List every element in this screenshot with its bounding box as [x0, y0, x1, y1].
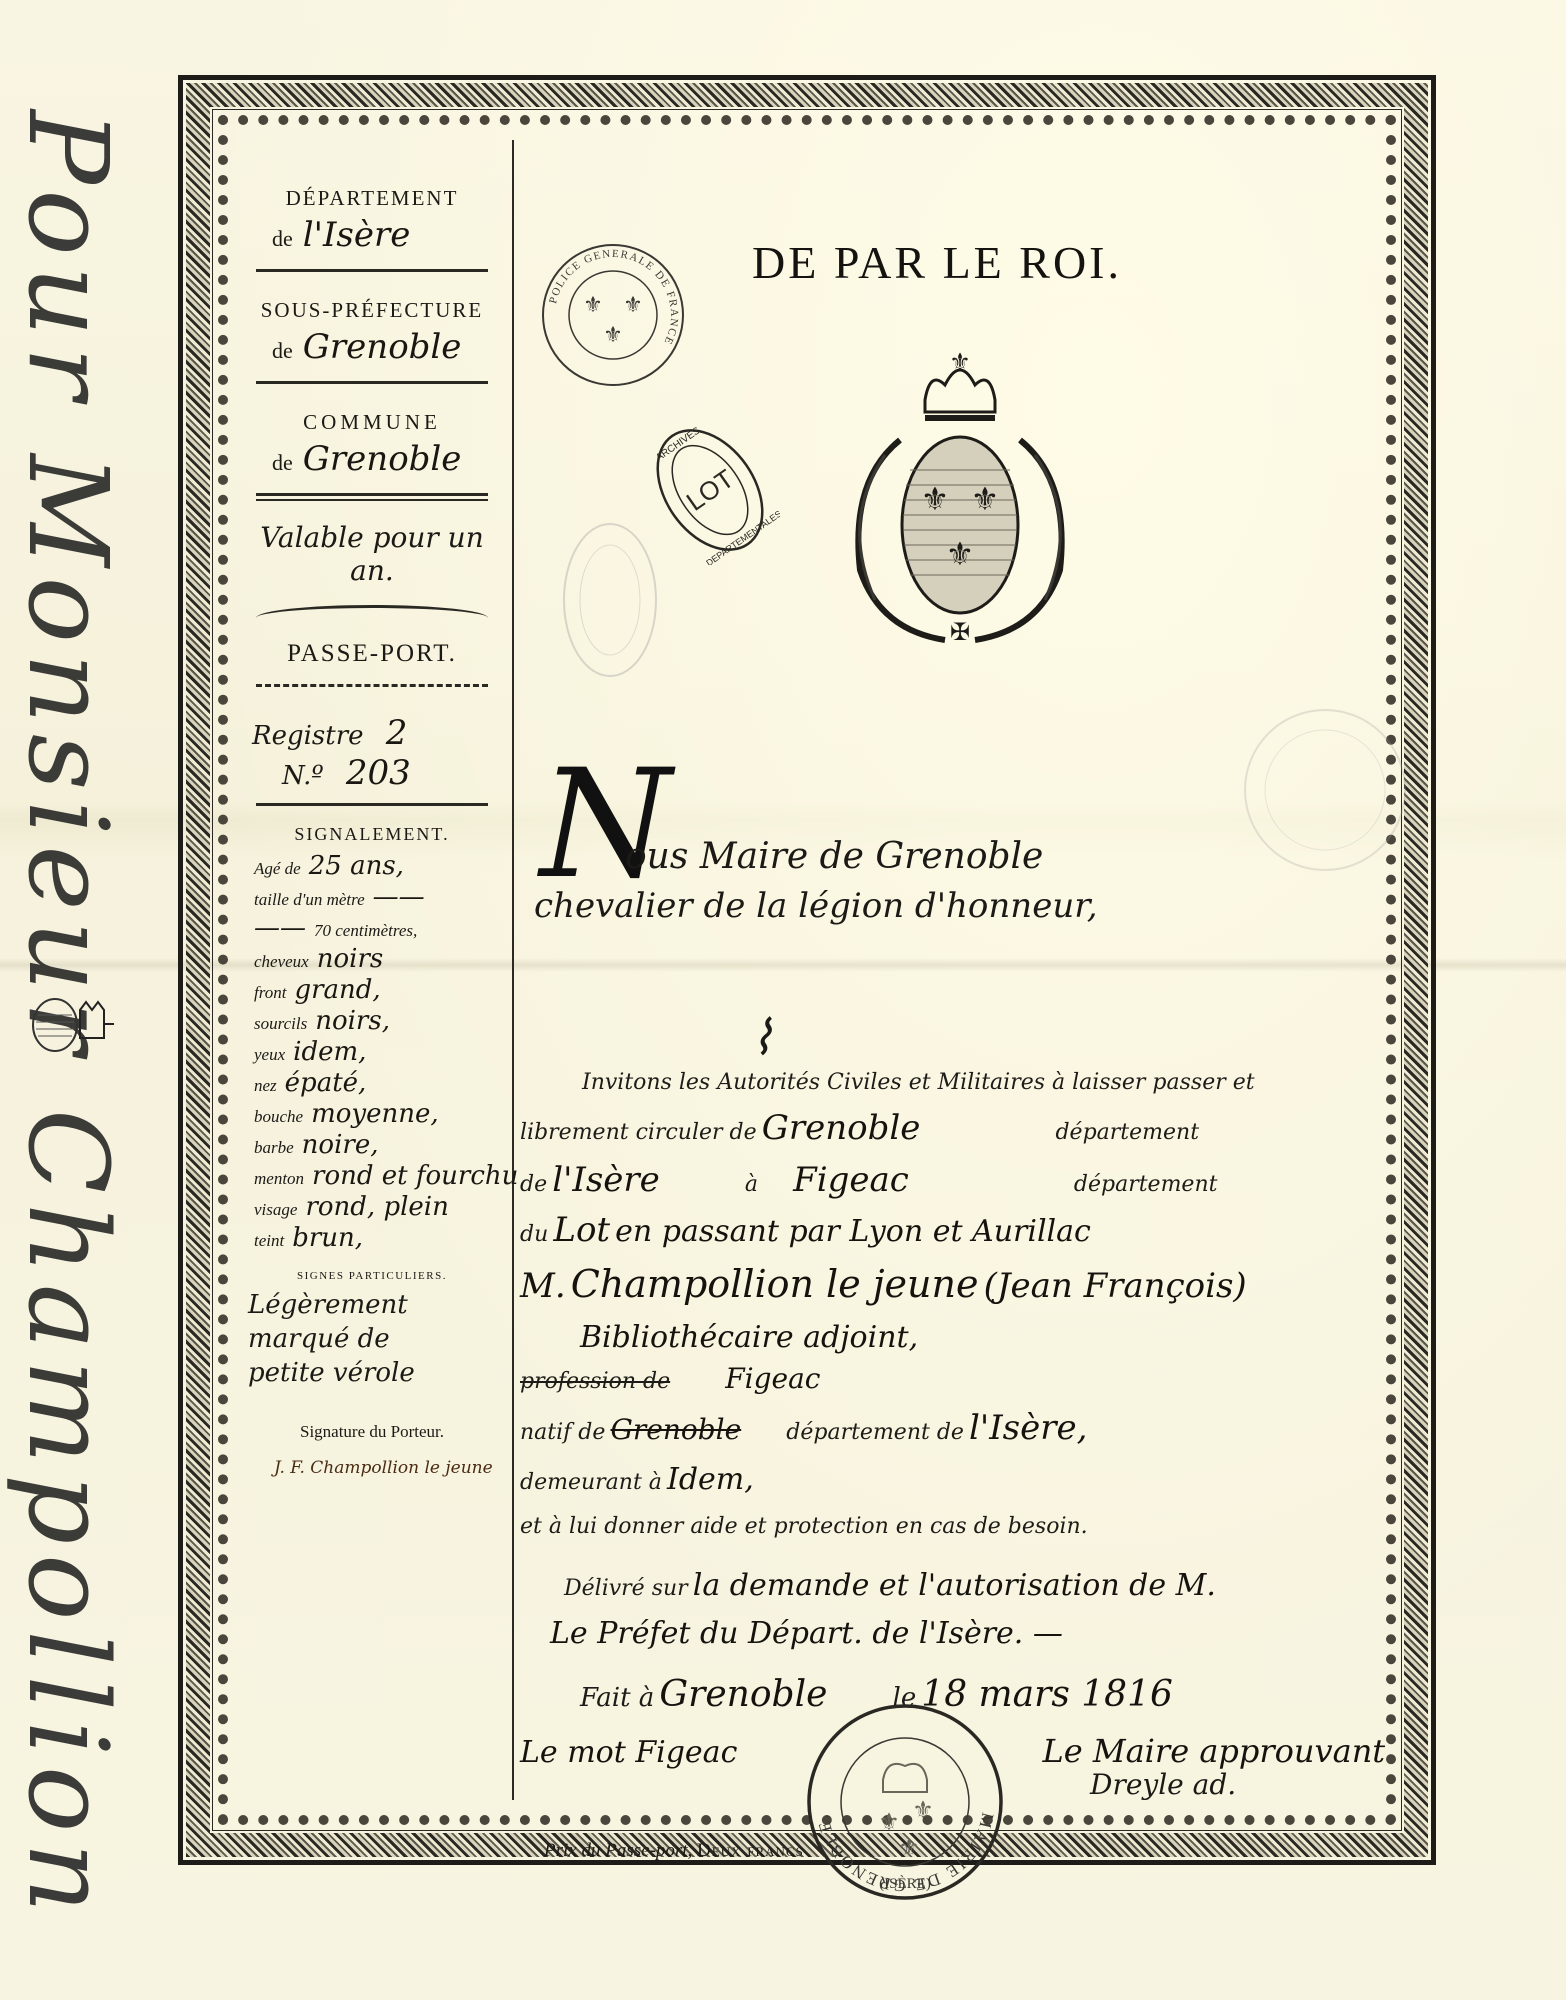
field-label: yeux [254, 1045, 285, 1065]
svg-text:⚜: ⚜ [898, 1836, 920, 1862]
field-label: —— [254, 913, 306, 943]
signalement-title: SIGNALEMENT. [238, 824, 506, 845]
field-value: noire, [302, 1130, 379, 1160]
profession-extra: Figeac [725, 1362, 820, 1395]
field-value: noirs, [315, 1006, 390, 1036]
field-label: front [254, 983, 286, 1003]
from-city: Grenoble [762, 1108, 921, 1148]
svg-text:⚜: ⚜ [912, 1798, 934, 1824]
signalement-row-centimetres: ——70 centimètres, [238, 913, 506, 944]
delivre-prefix: Délivré sur [564, 1576, 688, 1601]
departement-label: département [1055, 1120, 1199, 1145]
price-line: Prix du Passe-port, Deux francs [544, 1840, 804, 1862]
delivre-line: Délivré sur la demande et l'autorisation… [564, 1568, 1216, 1603]
profession-label-struck: profession de [520, 1369, 670, 1394]
commune-label: COMMUNE [238, 410, 506, 435]
a-prefix: à [745, 1172, 758, 1197]
maire-signature: Dreyle ad. [1090, 1768, 1236, 1801]
issuer-line-1: ous Maire de Grenoble [625, 836, 1043, 877]
field-value: épaté, [285, 1068, 367, 1098]
sous-prefecture-label: SOUS-PRÉFECTURE [238, 298, 506, 323]
field-label: teint [254, 1231, 284, 1251]
to-dept: Lot [553, 1210, 610, 1250]
profession-value: Bibliothécaire adjoint, [580, 1320, 918, 1355]
departement-label: DÉPARTEMENT [238, 186, 506, 211]
field-label: sourcils [254, 1014, 307, 1034]
signalement-row-age: Agé de25 ans, [238, 851, 506, 882]
field-label: barbe [254, 1138, 294, 1158]
sous-prefecture-prefix: de [272, 338, 293, 364]
delivre-text-1: la demande et l'autorisation de M. [693, 1568, 1216, 1603]
royal-coat-of-arms-icon: ⚜ ⚜ ⚜ ⚜ ✠ [830, 340, 1090, 670]
signalement-list: Agé de25 ans, taille d'un mètre—— ——70 c… [238, 851, 506, 1254]
field-value: noirs [317, 944, 384, 974]
field-value: rond et fourchu [312, 1161, 518, 1191]
crown-crest-icon [20, 980, 115, 1070]
left-column: DÉPARTEMENT de l'Isère SOUS-PRÉFECTURE d… [238, 140, 506, 1478]
svg-text:⚜: ⚜ [921, 481, 950, 517]
field-value: idem, [293, 1037, 366, 1067]
signalement-row-visage: visagerond, plein [238, 1192, 506, 1223]
departement-label: département [1074, 1172, 1218, 1197]
numero-row: N.º 203 [238, 753, 506, 793]
librement-line: librement circuler de Grenoble départeme… [520, 1108, 1199, 1148]
du-prefix: du [520, 1222, 548, 1247]
field-value: 25 ans, [309, 851, 404, 881]
divider-rule [256, 381, 488, 384]
bearer-title: M. [520, 1266, 566, 1306]
price-label: Prix du Passe-port, [544, 1840, 692, 1861]
fait-city: Grenoble [659, 1674, 827, 1715]
signalement-row-teint: teintbrun, [238, 1223, 506, 1254]
field-value: grand, [294, 975, 380, 1005]
signature-porteur-label: Signature du Porteur. [238, 1422, 506, 1442]
field-value: —— [373, 882, 425, 912]
natif-dept-value: l'Isère, [969, 1408, 1087, 1448]
svg-text:(ISÈRE): (ISÈRE) [879, 1875, 931, 1892]
police-generale-stamp-icon: POLICE GENERALE DE FRANCE ⚜ ⚜ ⚜ [538, 240, 688, 390]
signes-line: Légèrement [248, 1288, 506, 1322]
signalement-row-yeux: yeuxidem, [238, 1037, 506, 1068]
archives-lot-stamp-icon: LOT ARCHIVES DEPARTEMENTALES [640, 415, 780, 565]
svg-text:⚜: ⚜ [583, 292, 603, 317]
svg-text:ARCHIVES: ARCHIVES [654, 425, 702, 464]
faint-seal-icon [1240, 700, 1410, 880]
mairie-grenoble-stamp-icon: MAIRIE DE GRENOBLE. (ISÈRE) ⚜ ⚜ ⚜ [805, 1700, 1005, 1905]
natif-dept-label: département de [786, 1420, 964, 1445]
departement-value: l'Isère [303, 215, 411, 255]
numero-label: N.º [282, 761, 324, 791]
demeurant-line: demeurant à Idem, [520, 1462, 754, 1497]
signes-particuliers-text: Légèrement marqué de petite vérole [238, 1288, 506, 1390]
invitons-line: Invitons les Autorités Civiles et Milita… [582, 1070, 1255, 1095]
maire-approval: Le Maire approuvant [1042, 1732, 1385, 1770]
field-label: Agé de [254, 859, 301, 879]
divider-double-rule [256, 493, 488, 501]
svg-text:⚜: ⚜ [971, 481, 1000, 517]
issuer-initial: N [540, 750, 671, 900]
numero-value: 203 [346, 753, 411, 793]
svg-text:⚜: ⚜ [946, 536, 975, 572]
svg-text:⚜: ⚜ [603, 322, 623, 347]
field-value: rond, plein [305, 1192, 448, 1222]
passeport-label: PASSE-PORT. [238, 640, 506, 668]
signalement-row-barbe: barbenoire, [238, 1130, 506, 1161]
field-label: nez [254, 1076, 277, 1096]
departement-prefix: de [272, 226, 293, 252]
signes-line: marqué de [248, 1322, 506, 1356]
approval-note: Le mot Figeac [520, 1735, 737, 1770]
field-value: 70 centimètres, [314, 921, 417, 941]
signalement-row-taille: taille d'un mètre—— [238, 882, 506, 913]
document-title: DE PAR LE ROI. [752, 236, 1122, 289]
commune-value: Grenoble [303, 439, 462, 479]
bearer-name: Champollion le jeune [571, 1262, 979, 1306]
validity-text: Valable pour un an. [238, 521, 506, 587]
demeurant-prefix: demeurant à [520, 1470, 662, 1495]
route: en passant par Lyon et Aurillac [615, 1214, 1091, 1249]
swash-divider [256, 605, 488, 618]
sous-prefecture-row: de Grenoble [238, 327, 506, 367]
signalement-row-sourcils: sourcilsnoirs, [238, 1006, 506, 1037]
to-dept-line: du Lot en passant par Lyon et Aurillac [520, 1210, 1091, 1250]
profession-line: profession de Figeac [520, 1362, 821, 1395]
divider-rule [256, 269, 488, 272]
signes-line: petite vérole [248, 1356, 506, 1390]
commune-prefix: de [272, 450, 293, 476]
svg-text:DEPARTEMENTALES: DEPARTEMENTALES [704, 509, 780, 565]
svg-text:✠: ✠ [950, 620, 970, 646]
from-dept: l'Isère [552, 1160, 660, 1200]
signalement-row-menton: mentonrond et fourchu [238, 1161, 506, 1192]
signalement-row-nez: nezépaté, [238, 1068, 506, 1099]
delivre-text-2: Le Préfet du Départ. de l'Isère. — [550, 1616, 1063, 1651]
column-divider [512, 140, 514, 1800]
bearer-signature: J. F. Champollion le jeune [238, 1458, 506, 1478]
svg-text:⚜: ⚜ [949, 350, 971, 376]
field-label: menton [254, 1169, 304, 1189]
field-label: taille d'un mètre [254, 890, 365, 910]
signalement-row-cheveux: cheveuxnoirs [238, 944, 506, 975]
divider-rule [256, 803, 488, 806]
from-dept-line: de l'Isère à Figeac département [520, 1160, 1217, 1200]
natif-value: Grenoble [611, 1413, 742, 1446]
field-label: cheveux [254, 952, 309, 972]
demeurant-value: Idem, [667, 1462, 754, 1497]
bearer-line: M. Champollion le jeune (Jean François) [520, 1262, 1247, 1306]
embossed-seal-icon [560, 520, 660, 680]
svg-text:⚜: ⚜ [878, 1810, 900, 1836]
field-label: visage [254, 1200, 297, 1220]
signalement-row-bouche: bouchemoyenne, [238, 1099, 506, 1130]
protection-line: et à lui donner aide et protection en ca… [520, 1514, 1088, 1539]
svg-text:LOT: LOT [681, 463, 740, 517]
field-value: brun, [292, 1223, 363, 1253]
signalement-row-front: frontgrand, [238, 975, 506, 1006]
fait-prefix: Fait à [580, 1683, 654, 1713]
torn-margin-strip: Pour Monsieur Champollion [0, 0, 130, 2000]
de-prefix: de [520, 1172, 547, 1197]
to-city: Figeac [793, 1160, 909, 1200]
departement-row: de l'Isère [238, 215, 506, 255]
registre-label: Registre [252, 721, 364, 751]
natif-line: natif de Grenoble département de l'Isère… [520, 1408, 1087, 1448]
issuer-line-2: chevalier de la légion d'honneur, [534, 886, 1098, 926]
field-label: bouche [254, 1107, 303, 1127]
brace-mark: ⌇ [750, 1010, 773, 1066]
registre-value: 2 [386, 713, 408, 753]
price-value: Deux francs [697, 1840, 804, 1861]
svg-text:⚜: ⚜ [623, 292, 643, 317]
registre-row: Registre 2 [238, 713, 506, 753]
sous-prefecture-value: Grenoble [303, 327, 462, 367]
signes-particuliers-title: SIGNES PARTICULIERS. [238, 1270, 506, 1282]
field-value: moyenne, [311, 1099, 439, 1129]
librement-prefix: librement circuler de [520, 1120, 757, 1145]
natif-prefix: natif de [520, 1420, 605, 1445]
wavy-divider [256, 684, 488, 695]
commune-row: de Grenoble [238, 439, 506, 479]
bearer-given-names: (Jean François) [984, 1266, 1247, 1306]
